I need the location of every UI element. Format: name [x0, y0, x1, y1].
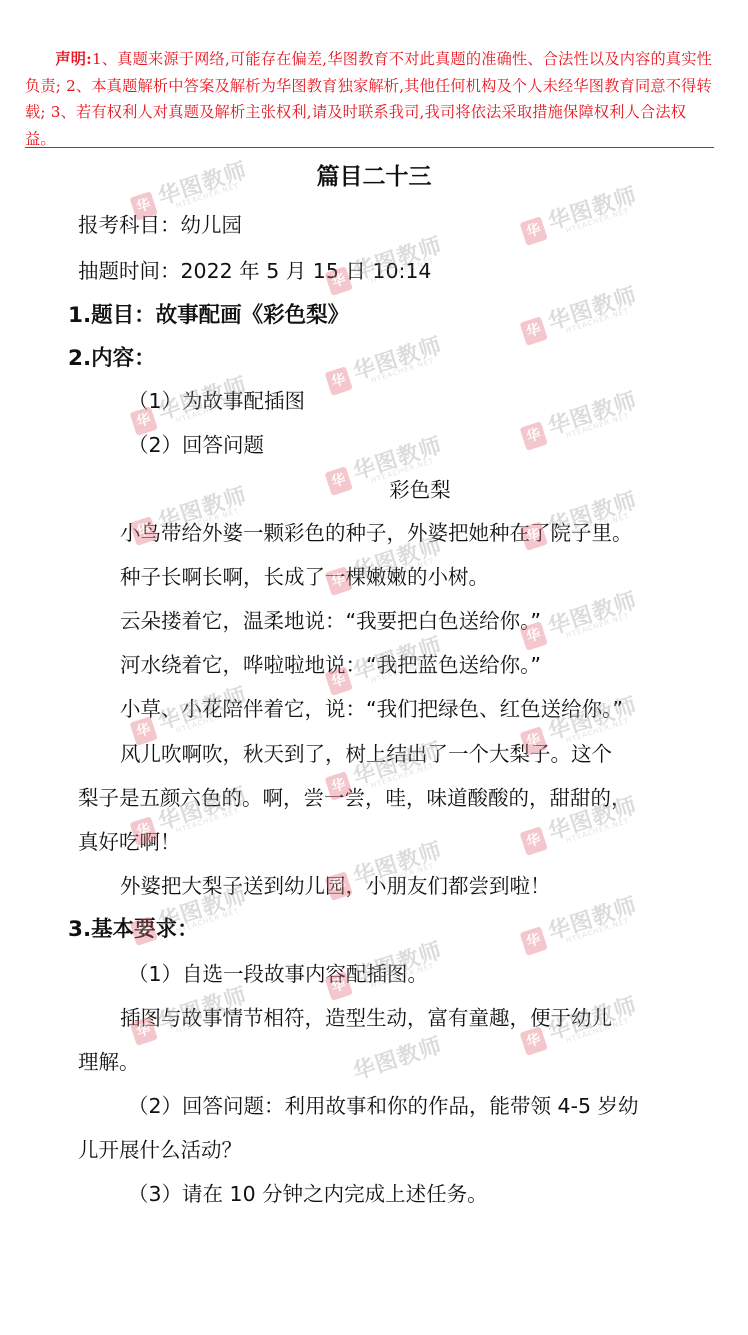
- page-title: 篇目二十三: [0, 158, 748, 191]
- story-line: 云朵搂着它，温柔地说：“我要把白色送给你。”: [120, 604, 541, 634]
- story-line: 河水绕着它，哗啦啦地说：“我把蓝色送给你。”: [120, 648, 541, 678]
- watermark-sub: HTEACHER.NET: [565, 412, 630, 440]
- story-line: 外婆把大梨子送到幼儿园，小朋友们都尝到啦！: [120, 869, 551, 899]
- section-heading-requirements: 3.基本要求：: [68, 912, 199, 943]
- watermark-text: 华图教师: [349, 328, 446, 386]
- watermark-text: 华图教师: [544, 278, 641, 336]
- story-line: 种子长啊长啊，长成了一棵嫩嫩的小树。: [120, 560, 489, 590]
- requirement-line: 插图与故事情节相符，造型生动，富有童趣，便于幼儿: [120, 1001, 612, 1031]
- content-item: （2）回答问题: [128, 428, 264, 458]
- draw-time-line: 抽题时间：2022 年 5 月 15 日 10:14: [78, 254, 431, 284]
- story-line: 真好吃啊！: [78, 825, 181, 855]
- content-item: （1）为故事配插图: [128, 384, 305, 414]
- story-title: 彩色梨: [0, 473, 748, 503]
- requirement-line: 理解。: [78, 1045, 140, 1075]
- requirement-line: （2）回答问题：利用故事和你的作品，能带领 4-5 岁幼: [128, 1089, 639, 1119]
- header-divider: [25, 147, 714, 148]
- section-heading-topic: 1.题目：故事配画《彩色梨》: [68, 298, 349, 329]
- watermark-text: 华图教师: [544, 583, 641, 641]
- watermark: 华华图教师HTEACHER.NET: [320, 323, 450, 408]
- disclaimer-label: 声明:: [55, 50, 92, 68]
- story-line: 梨子是五颜六色的。啊，尝一尝，哇，味道酸酸的，甜甜的，: [78, 781, 632, 811]
- watermark: 华华图教师HTEACHER.NET: [515, 273, 645, 358]
- disclaimer: 声明:1、真题来源于网络,可能存在偏差,华图教育不对此真题的准确性、合法性以及内…: [25, 46, 715, 152]
- watermark: 华华图教师HTEACHER.NET: [515, 378, 645, 463]
- watermark-logo-icon: 华: [520, 316, 548, 346]
- story-line: 风儿吹啊吹，秋天到了，树上结出了一个大梨子。这个: [120, 737, 612, 767]
- watermark-logo-icon: 华: [325, 366, 353, 396]
- watermark-logo-icon: 华: [520, 926, 548, 956]
- story-line: 小草、小花陪伴着它，说：“我们把绿色、红色送给你。”: [120, 692, 623, 722]
- watermark-text: 华图教师: [349, 1028, 446, 1086]
- section-heading-content: 2.内容：: [68, 341, 156, 372]
- disclaimer-text: 1、真题来源于网络,可能存在偏差,华图教育不对此真题的准确性、合法性以及内容的真…: [25, 50, 712, 148]
- watermark-text: 华图教师: [544, 888, 641, 946]
- watermark-logo-icon: 华: [520, 216, 548, 246]
- story-line: 小鸟带给外婆一颗彩色的种子，外婆把她种在了院子里。: [120, 516, 633, 546]
- watermark-sub: HTEACHER.NET: [565, 917, 630, 945]
- watermark-sub: HTEACHER.NET: [565, 307, 630, 335]
- watermark-sub: HTEACHER.NET: [175, 807, 240, 835]
- watermark-sub: HTEACHER.NET: [565, 612, 630, 640]
- requirement-line: （3）请在 10 分钟之内完成上述任务。: [128, 1177, 488, 1207]
- watermark-sub: HTEACHER.NET: [565, 817, 630, 845]
- subject-line: 报考科目：幼儿园: [78, 208, 242, 238]
- requirement-line: （1）自选一段故事内容配插图。: [128, 957, 428, 987]
- watermark-sub: HTEACHER.NET: [370, 357, 435, 385]
- watermark-sub: HTEACHER.NET: [565, 207, 630, 235]
- watermark-logo-icon: 华: [520, 421, 548, 451]
- watermark-text: 华图教师: [544, 383, 641, 441]
- requirement-line: 儿开展什么活动？: [78, 1133, 242, 1163]
- watermark-logo-icon: 华: [520, 826, 548, 856]
